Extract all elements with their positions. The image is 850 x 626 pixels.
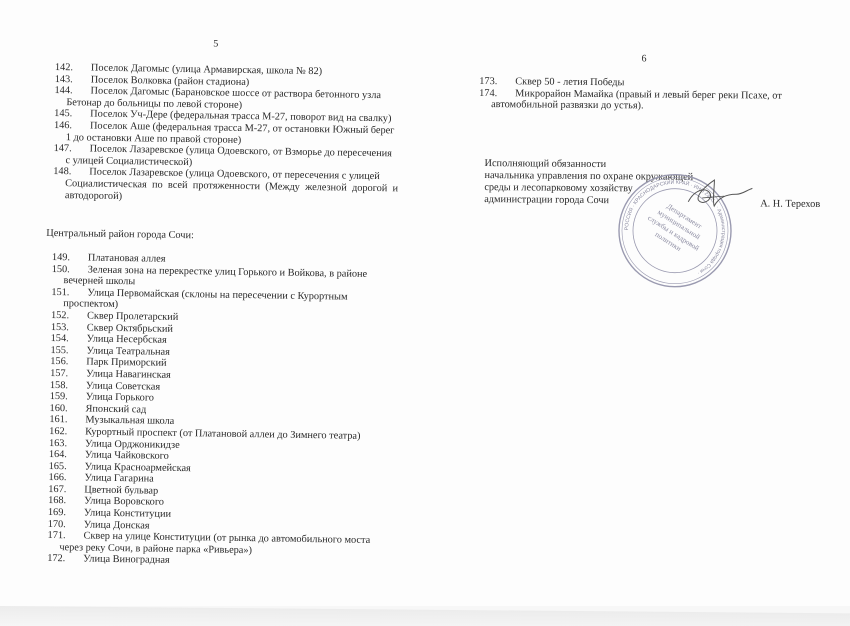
item-number: 165.: [49, 461, 85, 473]
item-number: 161.: [49, 414, 85, 426]
item-number: 145.: [54, 108, 90, 120]
item-number: 158.: [50, 379, 86, 391]
item-number: 171.: [47, 530, 83, 542]
item-number: 173.: [479, 76, 515, 88]
item-number: 142.: [55, 62, 91, 74]
item-number: 163.: [49, 437, 85, 449]
item-text: Улица Виноградная: [83, 554, 170, 566]
item-number: 166.: [48, 472, 84, 484]
item-number: 156.: [50, 356, 86, 368]
list-item: 174.Микрорайон Мамайка (правый и левый б…: [479, 88, 824, 114]
handwritten-signature-icon: [684, 176, 754, 217]
item-number: 174.: [479, 88, 515, 100]
item-number: 153.: [51, 322, 87, 334]
item-number: 154.: [51, 333, 87, 345]
item-number: 148.: [53, 166, 89, 178]
item-text: Улица Несербская: [87, 334, 167, 346]
item-number: 149.: [52, 252, 88, 264]
item-number: 157.: [50, 368, 86, 380]
item-text: Улица Гагарина: [84, 473, 153, 485]
item-text: Парк Приморский: [86, 357, 166, 369]
page-number: 5: [213, 38, 218, 50]
item-number: 151.: [51, 287, 87, 299]
item-text: Улица Воровского: [84, 496, 164, 508]
item-number: 144.: [54, 85, 90, 97]
list-continued: 173.Сквер 50 - летия Победы 174.Микрорай…: [479, 76, 824, 114]
item-text: Улица Советская: [86, 380, 160, 392]
item-number: 167.: [48, 484, 84, 496]
item-text: Улица Навагинская: [86, 368, 171, 380]
item-text: Сквер Октябрьский: [87, 322, 173, 334]
item-number: 172.: [47, 553, 83, 565]
item-number: 147.: [54, 143, 90, 155]
item-text: Улица Красноармейская: [85, 461, 191, 474]
item-number: 146.: [54, 120, 90, 132]
item-number: 169.: [48, 507, 84, 519]
item-number: 168.: [48, 495, 84, 507]
item-text: Улица Конституции: [84, 508, 171, 520]
item-number: 155.: [50, 345, 86, 357]
item-text: Сквер Пролетарский: [87, 310, 178, 322]
section-title-central-district: Центральный район города Сочи:: [46, 228, 194, 242]
item-text: Сквер 50 - летия Победы: [515, 76, 624, 88]
item-number: 152.: [51, 310, 87, 322]
page-number: 6: [641, 53, 646, 65]
page-5: 5 142.Поселок Дагомыс (улица Армавирская…: [56, 0, 401, 5]
page-6: 6 173.Сквер 50 - летия Победы 174.Микрор…: [480, 0, 825, 3]
item-text: Музыкальная школа: [85, 415, 174, 427]
scanned-document: 5 142.Поселок Дагомыс (улица Армавирская…: [0, 0, 850, 606]
paper-edge: [0, 606, 850, 626]
list-lazarevsky-district: 142.Поселок Дагомыс (улица Армавирская, …: [53, 62, 400, 207]
item-number: 143.: [55, 74, 91, 86]
item-number: 150.: [52, 264, 88, 276]
item-text: Улица Горького: [86, 392, 154, 404]
item-text: Платановая аллея: [88, 253, 166, 265]
item-number: 160.: [49, 403, 85, 415]
item-number: 170.: [48, 519, 84, 531]
item-text: Японский сад: [85, 403, 146, 415]
list-item: 148.Поселок Лазаревское (улица Одоевског…: [53, 166, 399, 206]
list-central-district: 149.Платановая аллея 150.Зеленая зона на…: [47, 252, 397, 570]
item-number: 159.: [50, 391, 86, 403]
item-number: 162.: [49, 426, 85, 438]
signer-name: А. Н. Терехов: [760, 198, 820, 210]
item-text: Улица Чайковского: [85, 450, 169, 462]
item-text-continued: Социалистическая по всей протяженности (…: [53, 178, 398, 207]
item-text: Цветной бульвар: [84, 484, 158, 496]
item-text: Улица Театральная: [86, 345, 170, 357]
item-text: Улица Орджоникидзе: [85, 438, 180, 450]
item-number: 164.: [49, 449, 85, 461]
item-text: Улица Донская: [84, 519, 150, 531]
